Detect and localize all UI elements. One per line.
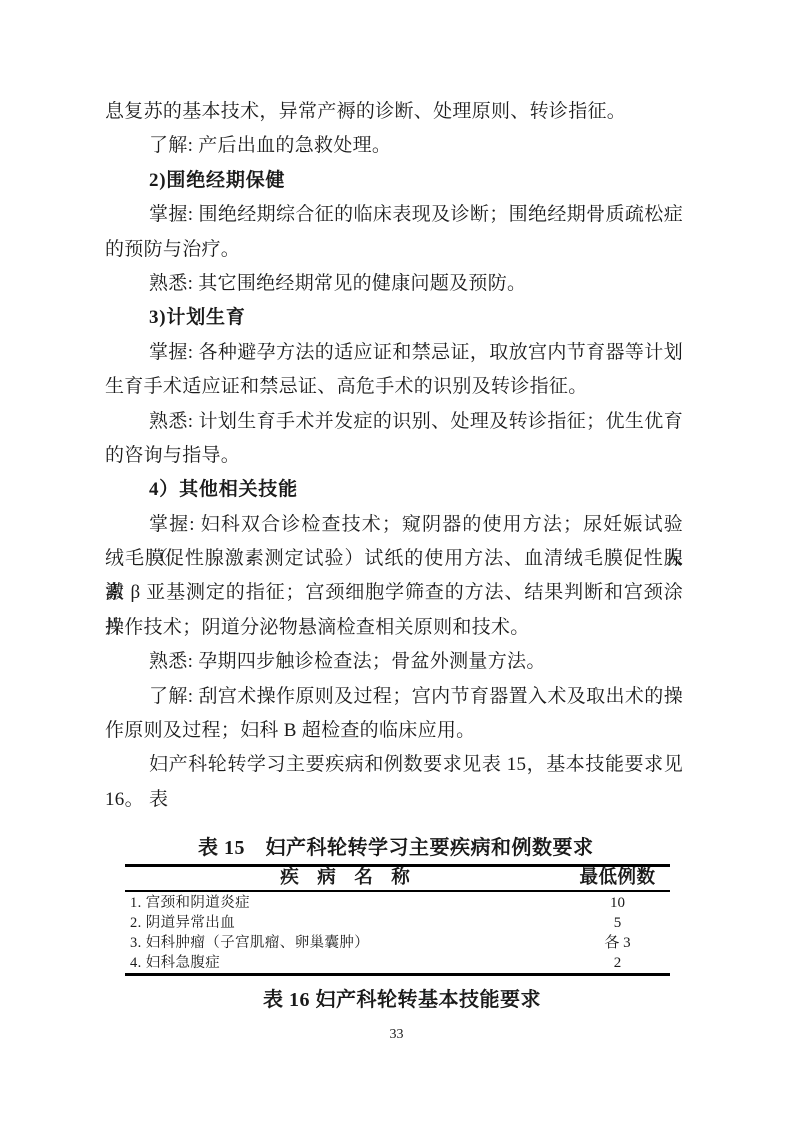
table15-header-row: 疾 病 名 称 最低例数 (125, 867, 670, 892)
body-line: 作原则及过程；妇科 B 超检查的临床应用。 (105, 714, 683, 748)
body-line: 熟悉: 孕期四步触诊检查法；骨盆外测量方法。 (105, 645, 683, 679)
min-cases-cell: 各 3 (565, 933, 670, 953)
body-line: 熟悉: 其它围绝经期常见的健康问题及预防。 (105, 267, 683, 301)
table-row: 2. 阴道异常出血5 (125, 913, 670, 933)
body-line: 的预防与治疗。 (105, 233, 683, 267)
body-line: 妇产科轮转学习主要疾病和例数要求见表 15，基本技能要求见表 (105, 748, 683, 782)
body-line: 掌握: 各种避孕方法的适应证和禁忌证，取放宫内节育器等计划 (105, 336, 683, 370)
body-text: 息复苏的基本技术，异常产褥的诊断、处理原则、转诊指征。了解: 产后出血的急救处理… (105, 95, 683, 817)
body-line: 掌握: 围绝经期综合征的临床表现及诊断；围绝经期骨质疏松症 (105, 198, 683, 232)
table16-title: 表 16 妇产科轮转基本技能要求 (263, 983, 541, 1012)
body-line: 的咨询与指导。 (105, 439, 683, 473)
body-line: 了解: 刮宫术操作原则及过程；宫内节育器置入术及取出术的操 (105, 680, 683, 714)
table15-title: 表 15 妇产科轮转学习主要疾病和例数要求 (198, 831, 594, 860)
section-heading: 3)计划生育 (105, 301, 683, 335)
section-heading: 4）其他相关技能 (105, 473, 683, 507)
table15-body: 1. 宫颈和阴道炎症102. 阴道异常出血53. 妇科肿瘤（子宫肌瘤、卵巢囊肿）… (125, 893, 670, 973)
body-line: 16。 (105, 783, 683, 817)
table-row: 3. 妇科肿瘤（子宫肌瘤、卵巢囊肿）各 3 (125, 933, 670, 953)
body-line: 生育手术适应证和禁忌证、高危手术的识别及转诊指征。 (105, 370, 683, 404)
document-page: 息复苏的基本技术，异常产褥的诊断、处理原则、转诊指征。了解: 产后出血的急救处理… (0, 0, 793, 1122)
table15-header-min-cases: 最低例数 (565, 867, 670, 890)
body-line: 熟悉: 计划生育手术并发症的识别、处理及转诊指征；优生优育 (105, 405, 683, 439)
body-line: 了解: 产后出血的急救处理。 (105, 129, 683, 163)
body-line: 素 β 亚基测定的指征；宫颈细胞学筛查的方法、结果判断和宫颈涂片 (105, 576, 683, 610)
min-cases-cell: 5 (565, 913, 670, 933)
body-line: 掌握: 妇科双合诊检查技术；窥阴器的使用方法；尿妊娠试验（人 (105, 508, 683, 542)
disease-name-cell: 2. 阴道异常出血 (125, 913, 565, 933)
body-line: 息复苏的基本技术，异常产褥的诊断、处理原则、转诊指征。 (105, 95, 683, 129)
disease-name-cell: 3. 妇科肿瘤（子宫肌瘤、卵巢囊肿） (125, 933, 565, 953)
min-cases-cell: 2 (565, 953, 670, 973)
section-heading: 2)围绝经期保健 (105, 164, 683, 198)
table15-header-disease: 疾 病 名 称 (125, 867, 565, 890)
table-row: 4. 妇科急腹症2 (125, 953, 670, 973)
table-row: 1. 宫颈和阴道炎症10 (125, 893, 670, 913)
body-line: 绒毛膜促性腺激素测定试验）试纸的使用方法、血清绒毛膜促性腺激 (105, 542, 683, 576)
body-line: 操作技术；阴道分泌物悬滴检查相关原则和技术。 (105, 611, 683, 645)
table15: 疾 病 名 称 最低例数 1. 宫颈和阴道炎症102. 阴道异常出血53. 妇科… (125, 864, 670, 976)
disease-name-cell: 1. 宫颈和阴道炎症 (125, 893, 565, 913)
min-cases-cell: 10 (565, 893, 670, 913)
page-number: 33 (0, 1027, 793, 1043)
disease-name-cell: 4. 妇科急腹症 (125, 953, 565, 973)
